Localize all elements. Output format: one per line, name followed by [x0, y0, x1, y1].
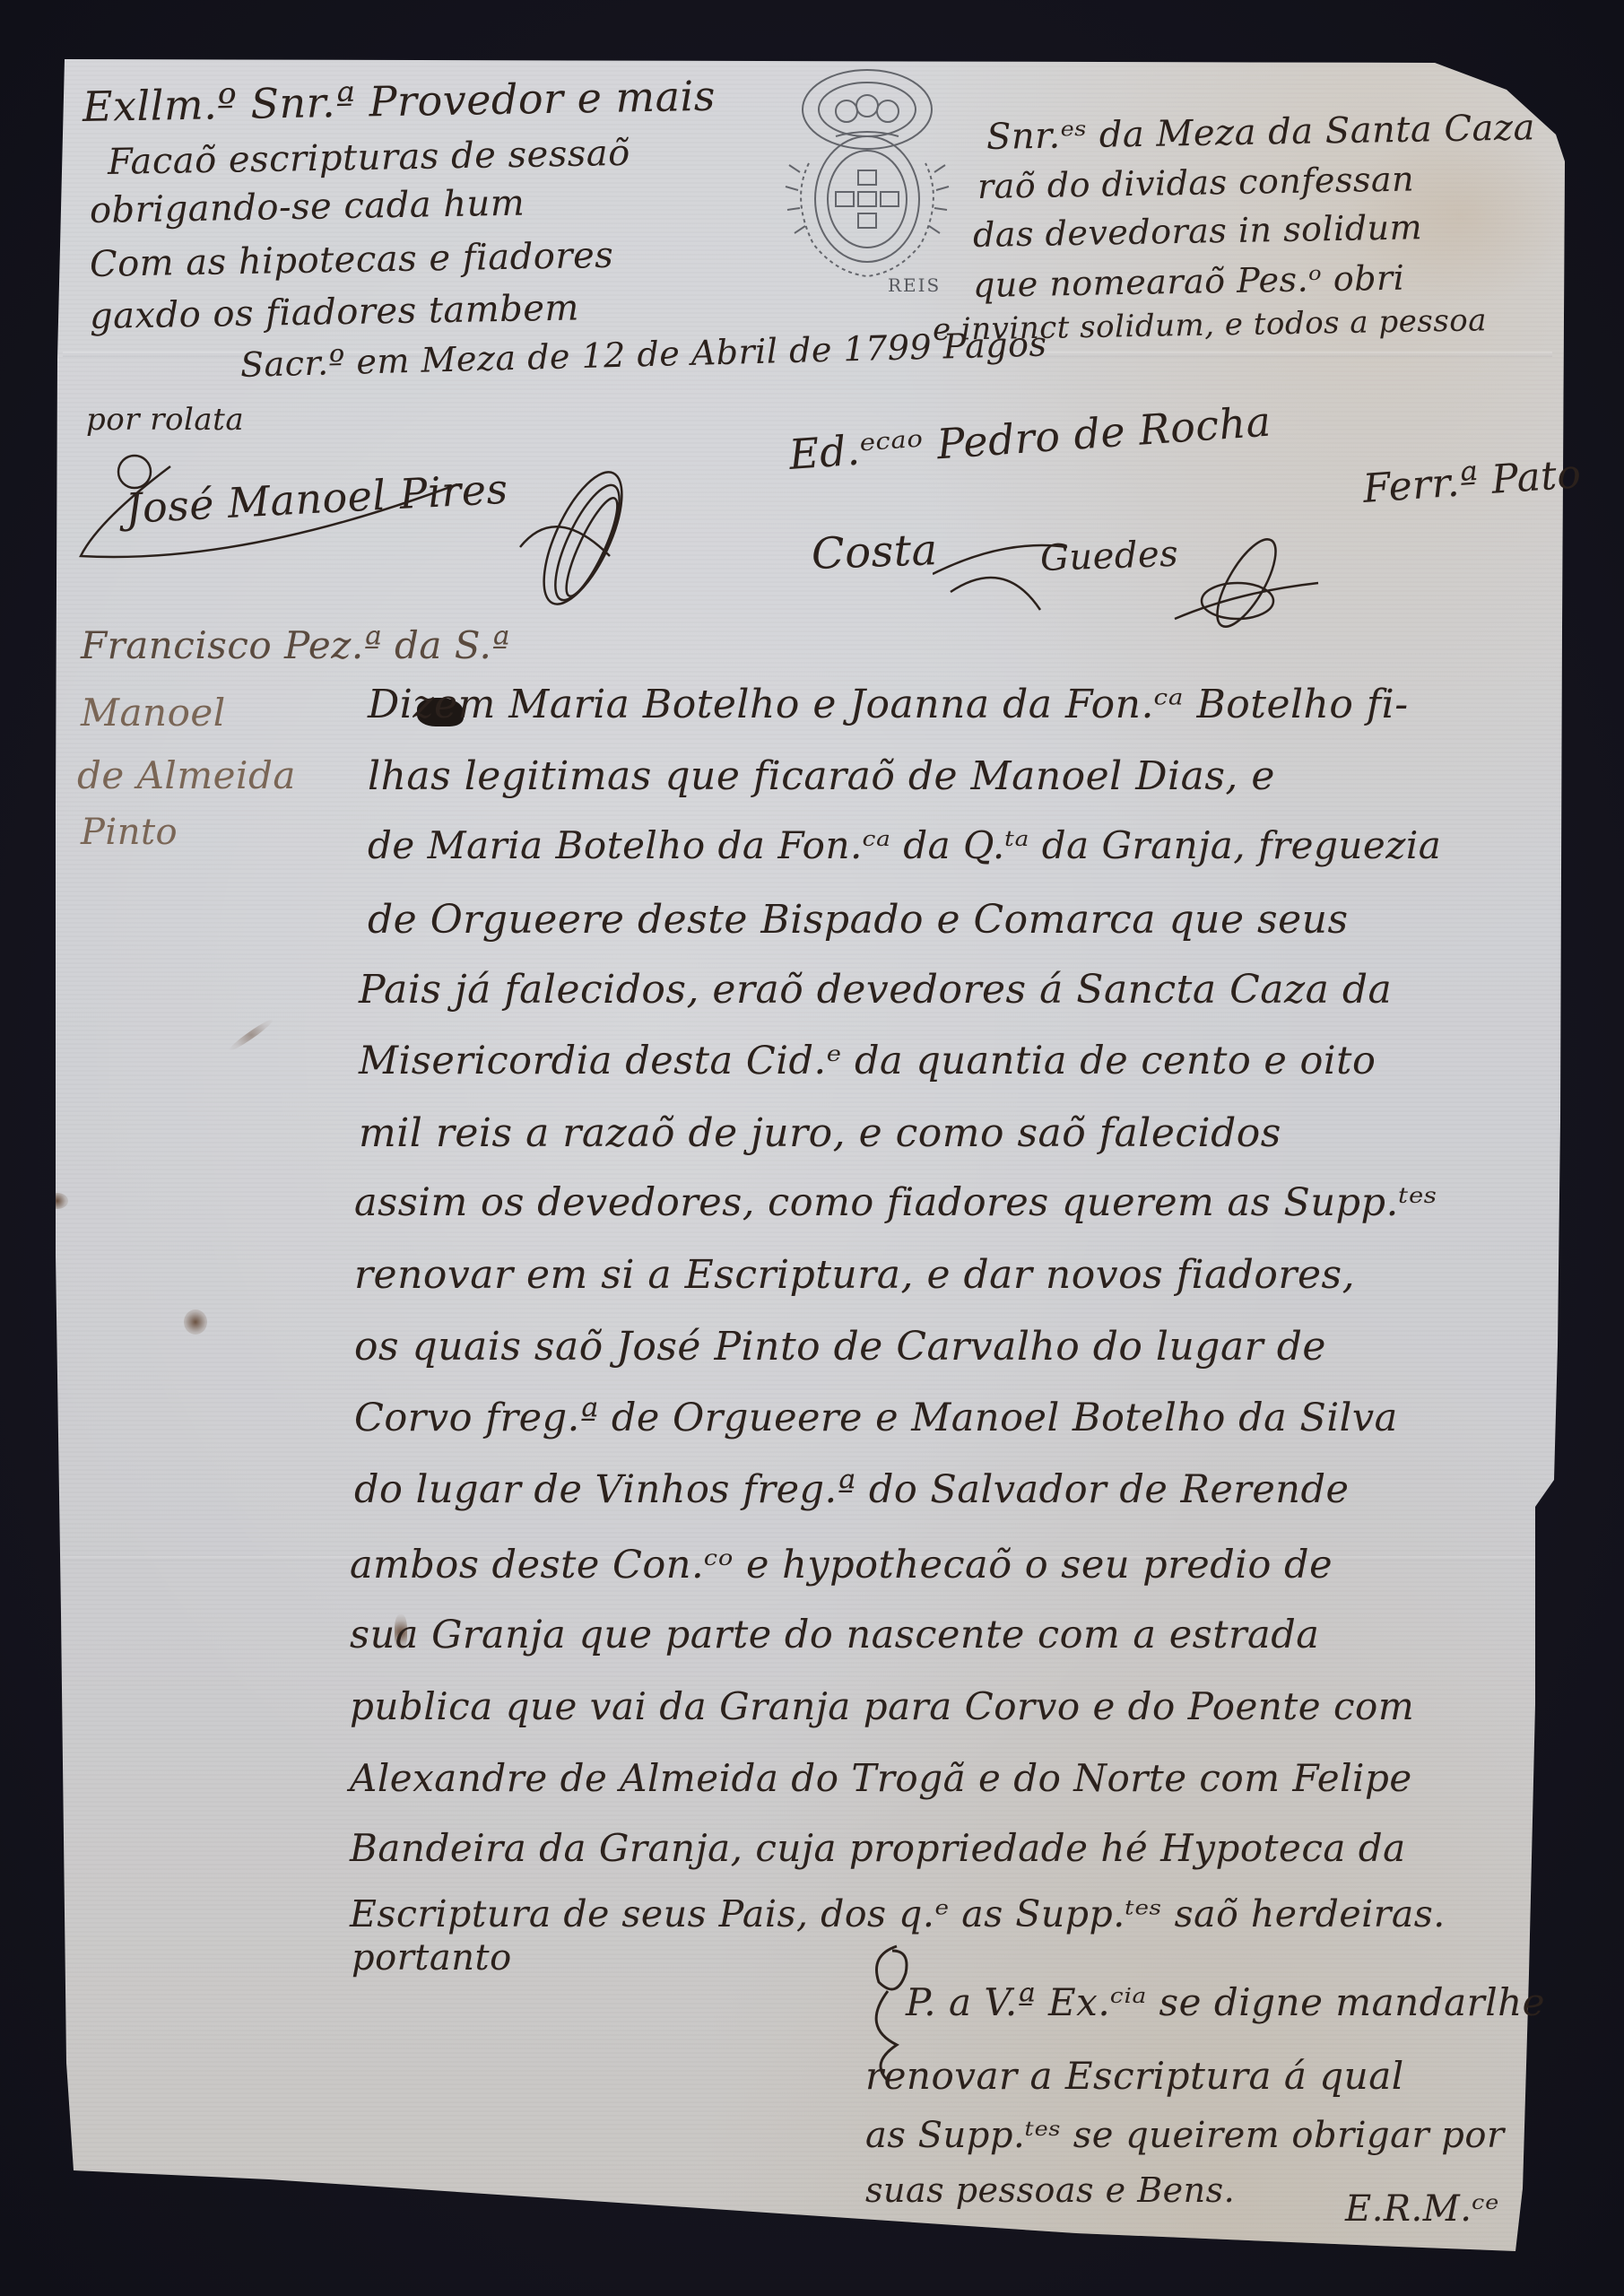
margin-note-line: Manoel — [81, 691, 226, 735]
closing-line: as Supp.ᵗᵉˢ se queirem obrigar por — [865, 2115, 1505, 2156]
body-line: renovar em si a Escriptura, e dar novos … — [354, 1252, 1355, 1298]
signature-flourish-icon — [502, 448, 664, 628]
ink-stain — [227, 1017, 275, 1054]
closing-line: suas pessoas e Bens. — [865, 2170, 1235, 2210]
body-line: Bandeira da Granja, cuja propriedade hé … — [350, 1826, 1406, 1870]
stamp-denomination: REIS — [888, 274, 941, 296]
body-line: ambos deste Con.ᶜᵒ e hypothecaõ o seu pr… — [350, 1543, 1333, 1587]
body-line: Misericordia desta Cid.ᵉ da quantia de c… — [359, 1039, 1376, 1083]
royal-seal-stamp — [773, 65, 961, 298]
dispatch-line: por rolata — [86, 402, 244, 438]
body-line: assim os devedores, como fiadores querem… — [354, 1180, 1437, 1225]
body-line: Pais já falecidos, eraõ devedores á Sanc… — [359, 967, 1392, 1013]
body-line: os quais saõ José Pinto de Carvalho do l… — [354, 1324, 1326, 1370]
margin-note-line: de Almeida — [77, 753, 296, 797]
dispatch-line: das devedoras in solidum — [973, 207, 1423, 255]
ink-stain — [184, 1309, 207, 1335]
body-line: Dizem Maria Botelho e Joanna da Fon.ᶜᵃ B… — [368, 682, 1409, 727]
closing-abbreviation: E.R.M.ᶜᵉ — [1345, 2188, 1499, 2230]
body-line: lhas legitimas que ficaraõ de Manoel Dia… — [368, 753, 1275, 799]
margin-note-line: Pinto — [81, 812, 178, 853]
body-line: Corvo freg.ª de Orgueere e Manoel Botelh… — [354, 1396, 1398, 1440]
closing-line: renovar a Escriptura á qual — [865, 2054, 1404, 2098]
body-closing-word: portanto — [352, 1937, 512, 1979]
body-line: de Orgueere deste Bispado e Comarca que … — [368, 897, 1349, 943]
closing-line: P. a V.ª Ex.ᶜⁱᵃ se digne mandarlhe — [906, 1980, 1545, 2024]
body-line: sua Granja que parte do nascente com a e… — [350, 1613, 1319, 1657]
signature: Costa — [811, 525, 939, 579]
body-line: do lugar de Vinhos freg.ª do Salvador de… — [354, 1467, 1349, 1512]
coat-of-arms-icon — [773, 65, 961, 298]
dispatch-line: raõ do dividas confessan — [977, 160, 1415, 206]
paraph-flourish-icon — [63, 448, 475, 574]
dispatch-line: obrigando-se cada hum — [90, 183, 525, 231]
signature-flourish-icon — [1166, 520, 1327, 655]
margin-note-line: Francisco Pez.ª da S.ª — [81, 623, 510, 667]
body-line: publica que vai da Granja para Corvo e d… — [350, 1684, 1414, 1728]
dispatch-line: que nomearaõ Pes.ᵒ obri — [973, 258, 1405, 305]
signature-flourish-icon — [933, 538, 1076, 619]
body-line: Alexandre de Almeida do Trogã e do Norte… — [350, 1756, 1412, 1800]
dispatch-line: gaxdo os fiadores tambem — [90, 287, 580, 337]
body-line: de Maria Botelho da Fon.ᶜᵃ da Q.ᵗᵃ da Gr… — [368, 823, 1441, 867]
body-line: mil reis a razaõ de juro, e como saõ fal… — [359, 1110, 1281, 1156]
